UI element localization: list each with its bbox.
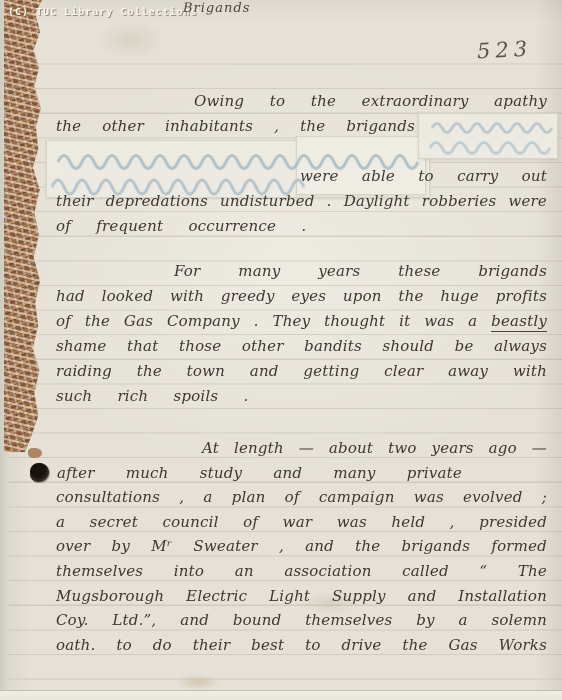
manuscript-line: had looked with greedy eyes upon the hug… <box>56 284 547 309</box>
paragraph: At length — about two years ago —after m… <box>56 436 547 657</box>
manuscript-line: of frequent occurrence . <box>56 214 547 239</box>
scan-edge-bottom <box>0 690 562 700</box>
manuscript-line: after much study and many private <box>56 461 547 486</box>
manuscript-line: For many years these brigands <box>56 259 547 284</box>
paper-stain <box>95 20 165 60</box>
manuscript-line: themselves into an association called “ … <box>56 559 547 584</box>
manuscript-line: oath. to do their best to drive the Gas … <box>56 633 547 658</box>
manuscript-line: the other inhabitants , the brigands <box>56 114 547 139</box>
manuscript-line: consultations , a plan of campaign was e… <box>56 485 547 510</box>
paragraph: Owing to the extraordinary apathythe oth… <box>56 89 547 239</box>
manuscript-line: their depredations undisturbed . Dayligh… <box>56 189 547 214</box>
manuscript-line: Owing to the extraordinary apathy <box>56 89 547 114</box>
manuscript-line: of the Gas Company . They thought it was… <box>56 309 547 334</box>
copyright-watermark: (C) TUC Library Collections <box>8 7 198 18</box>
paragraph: For many years these brigandshad looked … <box>56 259 547 409</box>
paper-stain <box>175 674 221 690</box>
underlined-word: beastly <box>491 312 547 332</box>
manuscript-line: Coy. Ltd.”, and bound themselves by a so… <box>56 608 547 633</box>
manuscript-line: a secret council of war was held , presi… <box>56 510 547 535</box>
manuscript-line: shame that those other bandits should be… <box>56 334 547 359</box>
manuscript-line: Mugsborough Electric Light Supply and In… <box>56 584 547 609</box>
manuscript-line: over by Mʳ Sweater , and the brigands fo… <box>56 534 547 559</box>
ink-blot <box>30 463 49 482</box>
manuscript-line: raiding the town and getting clear away … <box>56 359 547 384</box>
page-number: 523 <box>476 37 532 64</box>
manuscript-line: At length — about two years ago — <box>56 436 547 461</box>
manuscript-line: such rich spoils . <box>56 384 547 409</box>
manuscript-page: (C) TUC Library Collections Brigands 523… <box>0 0 562 700</box>
binding-fleck <box>28 448 42 458</box>
manuscript-line <box>56 139 547 164</box>
manuscript-line: were able to carry out <box>56 164 547 189</box>
torn-binding-strip <box>4 0 42 452</box>
header-note: Brigands <box>183 1 250 16</box>
